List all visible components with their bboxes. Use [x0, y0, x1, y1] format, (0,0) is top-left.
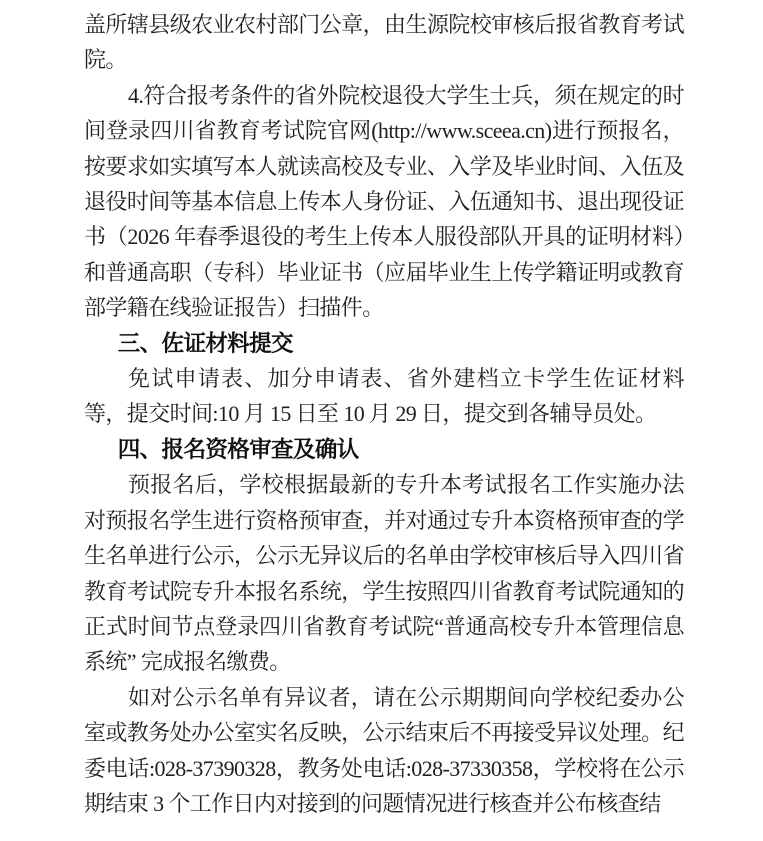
paragraph: 预报名后，学校根据最新的专升本考试报名工作实施办法对预报名学生进行资格预审查，并… [84, 467, 684, 679]
document-content: 盖所辖县级农业农村部门公章，由生源院校审核后报省教育考试院。4.符合报考条件的省… [84, 7, 684, 821]
paragraph: 盖所辖县级农业农村部门公章，由生源院校审核后报省教育考试院。 [84, 7, 684, 78]
section-heading: 四、报名资格审查及确认 [84, 432, 684, 467]
paragraph: 如对公示名单有异议者，请在公示期期间向学校纪委办公室或教务处办公室实名反映，公示… [84, 680, 684, 822]
document-page: 盖所辖县级农业农村部门公章，由生源院校审核后报省教育考试院。4.符合报考条件的省… [0, 0, 763, 841]
paragraph: 免试申请表、加分申请表、省外建档立卡学生佐证材料等，提交时间:10 月 15 日… [84, 361, 684, 432]
section-heading: 三、佐证材料提交 [84, 326, 684, 361]
paragraph: 4.符合报考条件的省外院校退役大学生士兵，须在规定的时间登录四川省教育考试院官网… [84, 78, 684, 326]
